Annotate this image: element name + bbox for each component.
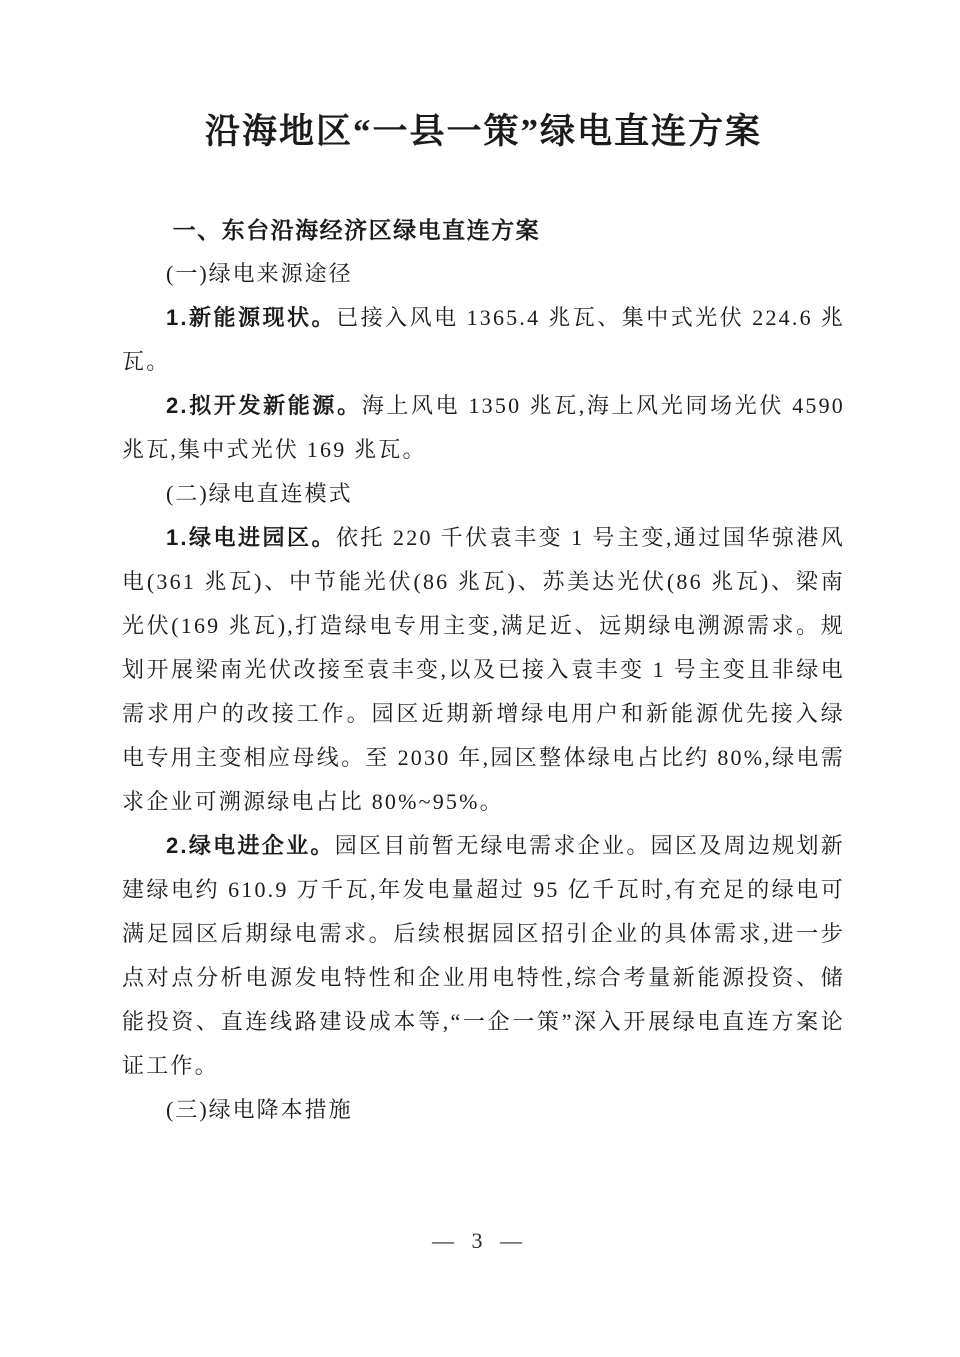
document-page: 沿海地区“一县一策”绿电直连方案 一、东台沿海经济区绿电直连方案 (一)绿电来源… — [0, 0, 960, 1357]
subsection-heading-green-power-sources: (一)绿电来源途径 — [122, 252, 845, 296]
document-title: 沿海地区“一县一策”绿电直连方案 — [122, 104, 845, 160]
paragraph-lead: 2.拟开发新能源。 — [166, 393, 362, 418]
paragraph-lead: 2.绿电进企业。 — [166, 833, 335, 858]
paragraph-text: 依托 220 千伏袁丰变 1 号主变,通过国华弶港风电(361 兆瓦)、中节能光… — [122, 525, 845, 814]
subsection-heading-cost-reduction-measures: (三)绿电降本措施 — [122, 1088, 845, 1132]
paragraph-green-power-to-park: 1.绿电进园区。依托 220 千伏袁丰变 1 号主变,通过国华弶港风电(361 … — [122, 516, 845, 824]
page-number: — 3 — — [0, 1228, 960, 1254]
paragraph-planned-new-energy: 2.拟开发新能源。海上风电 1350 兆瓦,海上风光同场光伏 4590 兆瓦,集… — [122, 384, 845, 472]
paragraph-lead: 1.新能源现状。 — [166, 305, 336, 330]
paragraph-new-energy-status: 1.新能源现状。已接入风电 1365.4 兆瓦、集中式光伏 224.6 兆瓦。 — [122, 296, 845, 384]
paragraph-text: 园区目前暂无绿电需求企业。园区及周边规划新建绿电约 610.9 万千瓦,年发电量… — [122, 833, 845, 1078]
paragraph-green-power-to-enterprise: 2.绿电进企业。园区目前暂无绿电需求企业。园区及周边规划新建绿电约 610.9 … — [122, 824, 845, 1088]
section-heading: 一、东台沿海经济区绿电直连方案 — [122, 208, 845, 252]
paragraph-lead: 1.绿电进园区。 — [166, 525, 336, 550]
subsection-heading-direct-connection-mode: (二)绿电直连模式 — [122, 472, 845, 516]
